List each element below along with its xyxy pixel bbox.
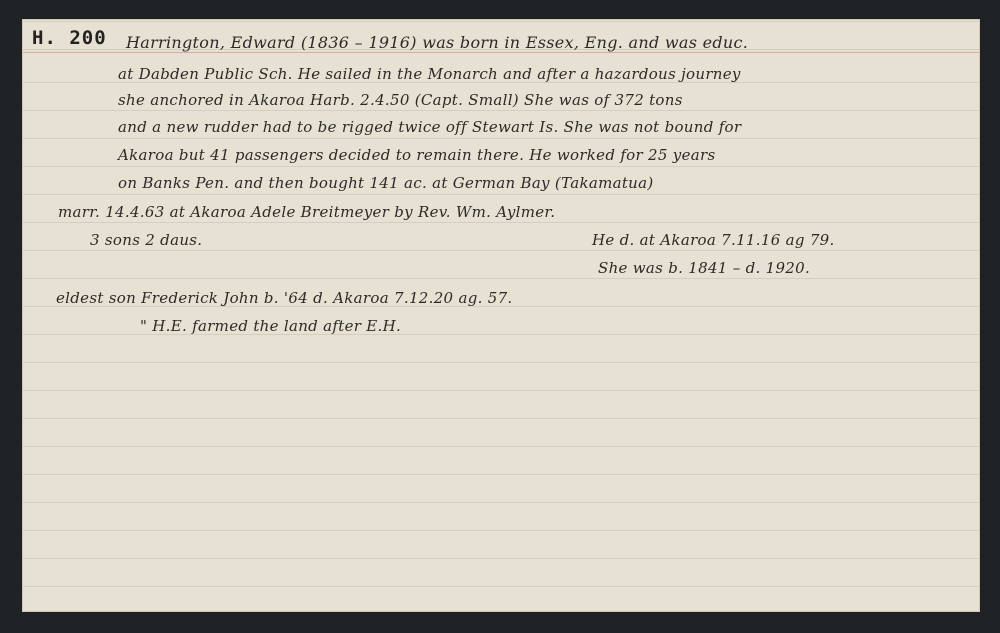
card-line-wife-dates: She was b. 1841 – d. 1920.: [598, 259, 810, 277]
card-line-2: at Dabden Public Sch. He sailed in the M…: [118, 65, 741, 83]
card-line-5: Akaroa but 41 passengers decided to rema…: [118, 146, 715, 164]
card-line-3: she anchored in Akaroa Harb. 2.4.50 (Cap…: [118, 91, 683, 109]
card-line-son-farmed: " H.E. farmed the land after E.H.: [140, 317, 401, 335]
index-card: H. 200 Harrington, Edward (1836 – 1916) …: [22, 19, 980, 612]
card-reference-number: H. 200: [32, 27, 107, 49]
card-line-children: 3 sons 2 daus.: [90, 231, 202, 249]
card-line-death: He d. at Akaroa 7.11.16 ag 79.: [592, 231, 835, 249]
card-line-6: on Banks Pen. and then bought 141 ac. at…: [118, 174, 654, 192]
card-line-4: and a new rudder had to be rigged twice …: [118, 118, 741, 136]
card-line-marriage: marr. 14.4.63 at Akaroa Adele Breitmeyer…: [58, 203, 555, 221]
card-line-eldest-son: eldest son Frederick John b. '64 d. Akar…: [56, 289, 513, 307]
card-line-1: Harrington, Edward (1836 – 1916) was bor…: [126, 33, 748, 52]
